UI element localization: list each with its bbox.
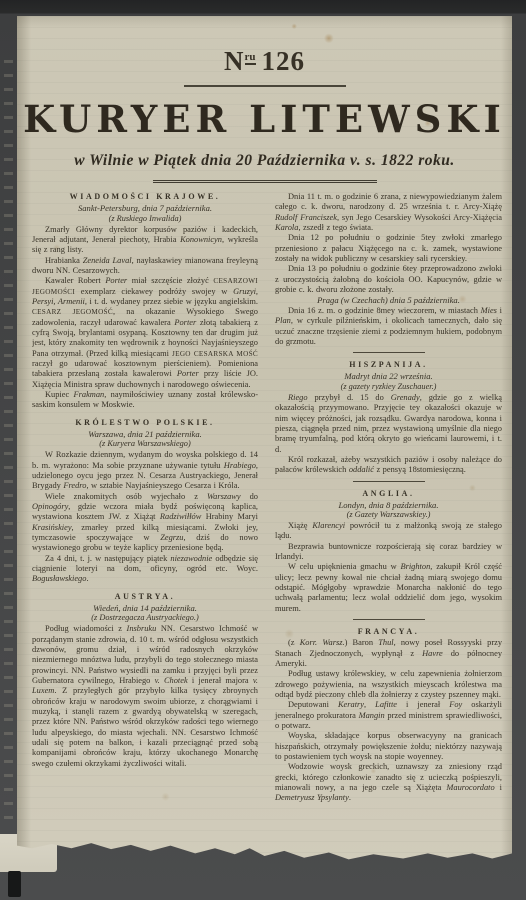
scan-background: Nru126 KURYER LITEWSKI w Wilnie w Piątek… bbox=[0, 0, 526, 900]
issue-prefix: N bbox=[224, 46, 245, 76]
issue-superscript: ru bbox=[245, 51, 256, 65]
paragraph: Kupiec Frakman, naymiłościwiey uznany zo… bbox=[32, 390, 258, 411]
paragraph: Podług ustawy królewskiey, w celu zapewn… bbox=[275, 669, 502, 700]
section: HISZPANIJA.Madryt dnia 22 września.(z ga… bbox=[275, 352, 502, 475]
paragraph: Hrabianka Zeneida Laval, nayłaskawiey mi… bbox=[32, 256, 258, 277]
paragraph: Riego przybył d. 15 do Grenady, gdzie go… bbox=[275, 393, 502, 455]
newspaper-page: Nru126 KURYER LITEWSKI w Wilnie w Piątek… bbox=[17, 16, 512, 874]
paragraph: (z Korr. Warsz.) Baron Thul, nowy poseł … bbox=[275, 638, 502, 669]
section-source: (z gazety ryzkiey Zuschauer.) bbox=[275, 382, 502, 392]
section-heading: WIADOMOŚCI KRAJOWE. bbox=[32, 192, 258, 201]
paragraph: Król rozkazał, ażeby wszystkich paziów i… bbox=[275, 455, 502, 476]
paragraph: Za 4 dni, t. j. w następujący piątek nie… bbox=[32, 554, 258, 585]
section: WIADOMOŚCI KRAJOWE.Sankt-Petersburg, dni… bbox=[32, 192, 258, 411]
column-right: Dnia 11 t. m. o godzinie 6 zrana, z niew… bbox=[275, 192, 502, 842]
section-divider bbox=[353, 481, 425, 482]
section-dateline: Londyn, dnia 8 października. bbox=[275, 500, 502, 511]
section-dateline: Sankt-Petersburg, dnia 7 października. bbox=[32, 203, 258, 214]
section: KRÓLESTWO POLSKIE.Warszawa, dnia 21 paźd… bbox=[32, 418, 258, 585]
paragraph: Dnia 16 z. m. o godzinie 8mey wieczorem,… bbox=[275, 306, 502, 347]
section-divider bbox=[353, 619, 425, 620]
paragraph: Woyska, składające korpus obserwacyyny n… bbox=[275, 731, 502, 762]
masthead-dateline: w Wilnie w Piątek dnia 20 Października v… bbox=[17, 152, 512, 170]
paragraph: Zmarły Główny dyrektor korpusów paziów i… bbox=[32, 225, 258, 256]
paragraph: Wodzowie woysk greckich, uznawszy za zni… bbox=[275, 762, 502, 803]
section-heading: HISZPANIJA. bbox=[275, 360, 502, 369]
section-heading: ANGLIA. bbox=[275, 489, 502, 498]
paragraph: Kawaler Robert Porter miał szczęście zło… bbox=[32, 276, 258, 390]
newspaper-title: KURYER LITEWSKI bbox=[17, 97, 512, 141]
section-divider bbox=[353, 352, 425, 353]
section: AUSTRYA.Wiedeń, dnia 14 października.(z … bbox=[32, 592, 258, 769]
page-edge-strip bbox=[4, 60, 13, 820]
column-left: WIADOMOŚCI KRAJOWE.Sankt-Petersburg, dni… bbox=[32, 192, 258, 842]
section-heading: AUSTRYA. bbox=[32, 592, 258, 601]
masthead-rule-top bbox=[184, 85, 346, 87]
paragraph: Deputowani Keratry, Lafitte i jenerał Fo… bbox=[275, 700, 502, 731]
section-source: (z Ruskiego Inwalida) bbox=[32, 214, 258, 224]
section-dateline: Madryt dnia 22 września. bbox=[275, 371, 502, 382]
section-dateline: Wiedeń, dnia 14 października. bbox=[32, 603, 258, 614]
paragraph: Dnia 13 po południu o godzinie 6tey prze… bbox=[275, 264, 502, 295]
paragraph: Dnia 11 t. m. o godzinie 6 zrana, z niew… bbox=[275, 192, 502, 233]
section: Praga (w Czechach) dnia 5 października.D… bbox=[275, 295, 502, 347]
masthead-rule-bottom bbox=[153, 180, 377, 183]
section-heading: FRANCYA. bbox=[275, 627, 502, 636]
section: FRANCYA.(z Korr. Warsz.) Baron Thul, now… bbox=[275, 619, 502, 804]
paragraph: Bezprawia buntownicze rozpościerają się … bbox=[275, 542, 502, 563]
paragraph: W celu upięknienia gmachu w Brighton, za… bbox=[275, 562, 502, 614]
underlying-page-mark bbox=[8, 871, 21, 897]
section-dateline: Praga (w Czechach) dnia 5 października. bbox=[275, 295, 502, 306]
paragraph: Dnia 12 po południu o godzinie 5tey zwło… bbox=[275, 233, 502, 264]
paragraph: Podług wiadomości z Insbruku NN. Cesarst… bbox=[32, 624, 258, 769]
section-source: (z Gazety Warszawskiey.) bbox=[275, 510, 502, 520]
section: Dnia 11 t. m. o godzinie 6 zrana, z niew… bbox=[275, 192, 502, 295]
section-dateline: Warszawa, dnia 21 października. bbox=[32, 429, 258, 440]
section-heading: KRÓLESTWO POLSKIE. bbox=[32, 418, 258, 427]
section-source: (z Dostrzegacza Austryackiego.) bbox=[32, 613, 258, 623]
article-columns: WIADOMOŚCI KRAJOWE.Sankt-Petersburg, dni… bbox=[32, 192, 502, 842]
section: ANGLIA.Londyn, dnia 8 października.(z Ga… bbox=[275, 481, 502, 615]
paragraph: W Rozkazie dziennym, wydanym do woyska p… bbox=[32, 450, 258, 491]
paragraph: Wiele znakomitych osób wyjechało z Warsz… bbox=[32, 492, 258, 554]
issue-value: 126 bbox=[262, 46, 306, 76]
paragraph: Xiążę Klarencyi powrócił tu z małżonką s… bbox=[275, 521, 502, 542]
issue-number: Nru126 bbox=[17, 46, 512, 77]
section-source: (z Kuryera Warszawskiego) bbox=[32, 439, 258, 449]
